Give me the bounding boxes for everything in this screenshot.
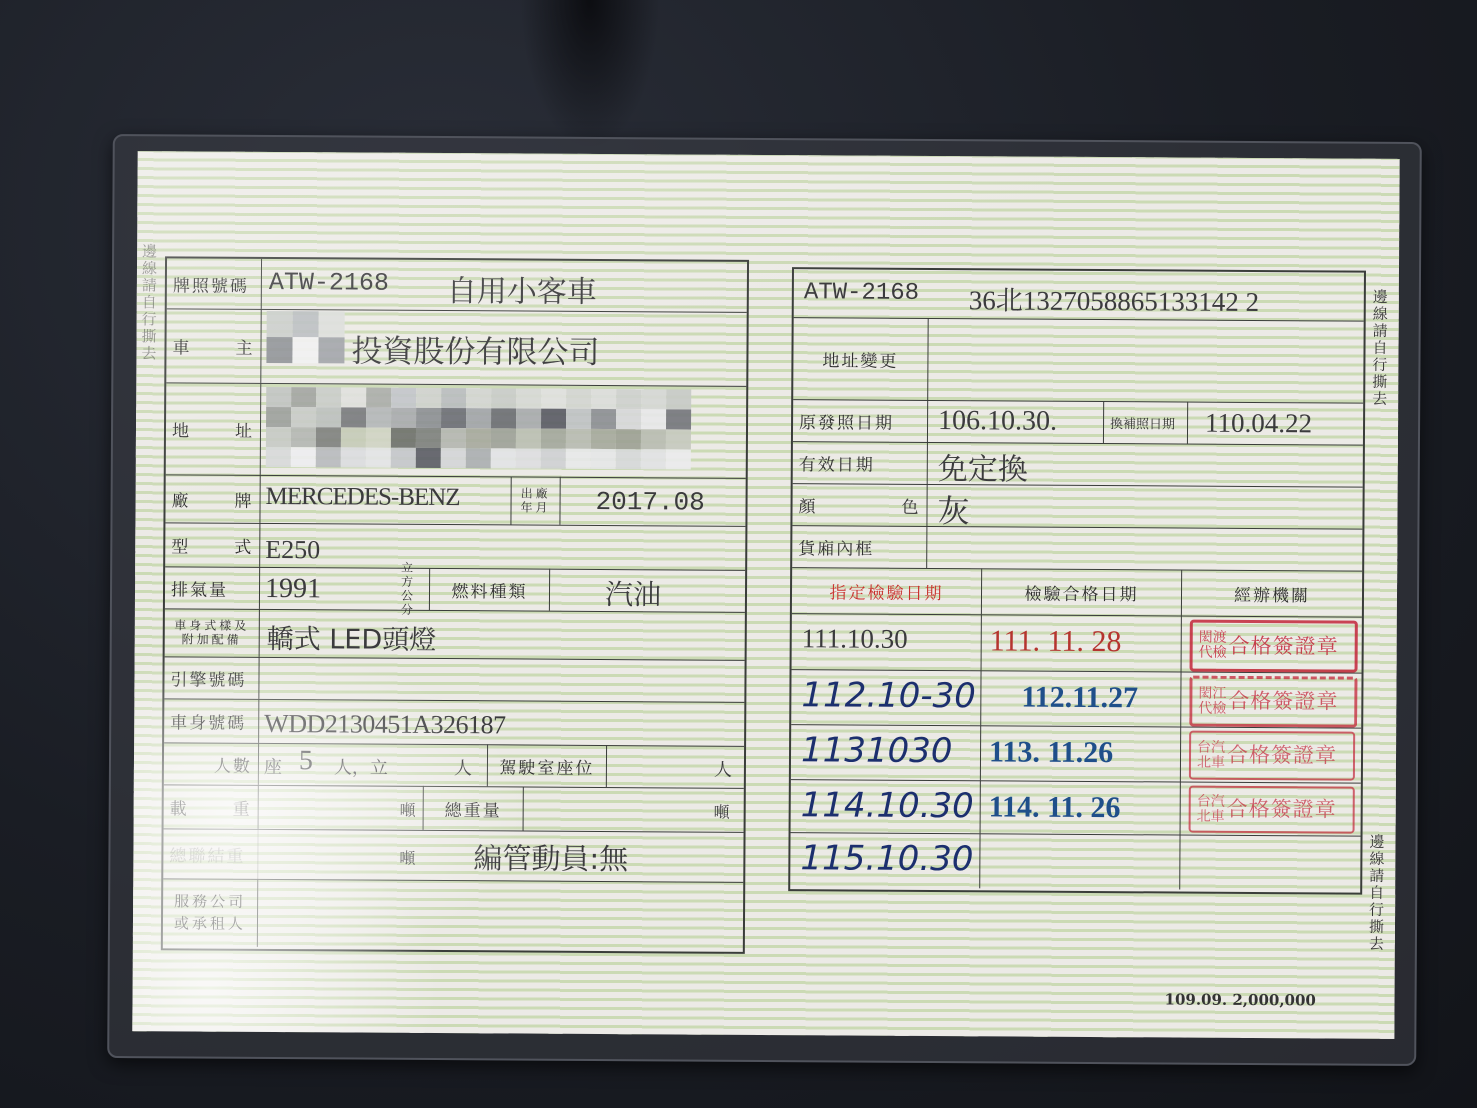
inspection-agency-stamp: 閎渡代檢合格簽證章 — [1190, 620, 1358, 673]
registration-card: 邊線請自行撕去 牌照號碼 ATW-2168 自用小客車 車 主 投資股份有限公司… — [132, 151, 1399, 1039]
row-address: 地 址 — [166, 382, 747, 479]
fuel-label: 燃料種類 — [430, 568, 550, 611]
tow-label: 總聯結重 — [163, 828, 258, 879]
body-style-value: 轎式 LED頭燈 — [267, 617, 437, 657]
reissue-date-label: 換補照日期 — [1103, 401, 1188, 444]
seats-label: 人數 — [164, 742, 259, 785]
seat-seam — [520, 0, 660, 150]
row-cargo: 貨廂內框 — [792, 525, 1362, 571]
row-lessee: 服務公司 或承租人 — [163, 878, 743, 950]
passed-inspection-date: 112.11.27 — [1021, 681, 1138, 716]
registration-serial: 36北1327058865133142 2 — [969, 278, 1259, 319]
scheduled-inspection-date: 1131030 — [801, 730, 953, 771]
tow-unit: 噸 — [399, 846, 415, 869]
owner-redaction — [266, 311, 344, 363]
lessee-label: 服務公司 或承租人 — [163, 878, 258, 947]
passed-inspection-header: 檢驗合格日期 — [982, 568, 1182, 615]
scheduled-inspection-date: 114.10.30 — [801, 785, 974, 826]
seat-unit: 人，立 — [334, 753, 388, 779]
body-style-label: 車身式樣及 附加配備 — [165, 608, 260, 657]
owner-name: 投資股份有限公司 — [351, 325, 599, 372]
vehicle-category: 自用小客車 — [447, 266, 597, 311]
validity-label: 有效日期 — [793, 441, 928, 484]
plate-label: 牌照號碼 — [167, 258, 262, 309]
load-unit: 噸 — [400, 798, 416, 821]
displacement-value: 1991 — [265, 573, 321, 605]
validity-value: 免定換 — [938, 444, 1028, 489]
gross-weight-label: 總重量 — [424, 786, 524, 831]
standing-unit: 人 — [454, 754, 472, 780]
seat-count: 5 — [299, 745, 313, 777]
row-engine: 引擎號碼 — [164, 656, 744, 703]
row-vin: 車身號碼 WDD2130451A326187 — [164, 698, 744, 747]
row-plate-serial: ATW-2168 36北1327058865133142 2 — [794, 269, 1364, 321]
issue-date-value: 106.10.30. — [938, 405, 1057, 438]
brand-label-a: 廠 — [172, 486, 191, 511]
right-edge-note-bottom: 邊線請自行撕去 — [1366, 834, 1388, 953]
cab-seats-unit: 人 — [714, 756, 732, 782]
right-grid: ATW-2168 36北1327058865133142 2 地址變更 原發照日… — [788, 267, 1366, 894]
model-value: E250 — [265, 535, 320, 565]
cab-seats-label: 駕駛室座位 — [487, 744, 607, 787]
mfg-date-value: 2017.08 — [595, 487, 704, 518]
right-edge-note-top: 邊線請自行撕去 — [1369, 289, 1391, 408]
model-label-b: 式 — [234, 532, 253, 557]
left-edge-note: 邊線請自行撕去 — [138, 243, 160, 362]
load-label-b: 重 — [233, 794, 252, 819]
row-load: 載 重 噸 總重量 噸 — [164, 784, 744, 833]
row-body-style: 車身式樣及 附加配備 轎式 LED頭燈 — [165, 608, 745, 661]
inspection-row: 114.10.30114. 11. 26台汽北車合格簽證章 — [791, 779, 1361, 836]
cargo-label: 貨廂內框 — [792, 525, 927, 568]
engine-label: 引擎號碼 — [164, 656, 259, 699]
vin-label: 車身號碼 — [164, 698, 259, 743]
mfg-date-label: 出廠 年月 — [510, 476, 560, 524]
seat-prefix: 座 — [264, 753, 282, 779]
model-label-a: 型 — [171, 532, 190, 557]
row-model: 型 式 E250 — [165, 522, 745, 571]
passed-inspection-date: 114. 11. 26 — [989, 790, 1121, 825]
inspection-row: 112.10-30112.11.27閎江代檢合格簽證章 — [791, 669, 1361, 728]
row-displacement: 排氣量 1991 立方 公分 燃料種類 汽油 — [165, 566, 745, 613]
left-grid: 牌照號碼 ATW-2168 自用小客車 車 主 投資股份有限公司 地 址 — [161, 256, 749, 954]
scheduled-inspection-header: 指定檢驗日期 — [792, 567, 982, 614]
fuel-value: 汽油 — [605, 573, 661, 613]
inspection-agency-stamp: 閎江代檢合格簽證章 — [1189, 676, 1357, 728]
row-tow: 總聯結重 噸 編管動員:無 — [163, 828, 743, 883]
brand-value: MERCEDES-BENZ — [266, 483, 460, 512]
scheduled-inspection-date: 115.10.30 — [800, 838, 973, 879]
passed-inspection-date: 111. 11. 28 — [990, 624, 1122, 659]
row-issue-date: 原發照日期 106.10.30. 換補照日期 110.04.22 — [793, 399, 1363, 445]
inspection-row: 115.10.30 — [790, 832, 1360, 890]
row-validity: 有效日期 免定換 — [793, 441, 1363, 487]
inspection-agency-stamp: 台汽北車合格簽證章 — [1189, 786, 1355, 834]
owner-label-b: 主 — [235, 333, 254, 358]
scheduled-inspection-date: 112.10-30 — [801, 675, 976, 716]
load-label-a: 載 — [170, 794, 189, 819]
inspection-row: 1131030113. 11.26台汽北車合格簽證章 — [791, 724, 1361, 783]
right-plate-number: ATW-2168 — [804, 279, 919, 307]
scheduled-inspection-date: 111.10.30 — [802, 623, 908, 655]
row-seats: 人數 座 5 人，立 人 駕駛室座位 人 — [164, 742, 744, 789]
address-redaction — [266, 387, 691, 470]
issue-date-label: 原發照日期 — [793, 399, 928, 442]
row-color: 顏 色 灰 — [792, 483, 1362, 529]
address-label-b: 址 — [235, 416, 254, 441]
row-owner: 車 主 投資股份有限公司 — [166, 308, 746, 387]
row-address-change: 地址變更 — [793, 317, 1363, 403]
plate-number: ATW-2168 — [269, 268, 389, 298]
row-plate: 牌照號碼 ATW-2168 自用小客車 — [167, 258, 747, 313]
row-brand: 廠 牌 MERCEDES-BENZ 出廠 年月 2017.08 — [165, 474, 745, 527]
gross-weight-unit: 噸 — [714, 800, 730, 823]
vin-value: WDD2130451A326187 — [264, 709, 506, 740]
row-inspection-header: 指定檢驗日期 檢驗合格日期 經辦機關 — [792, 567, 1362, 617]
mobilization-status: 編管動員:無 — [473, 836, 628, 878]
displacement-unit: 立方 公分 — [395, 568, 430, 610]
agency-header: 經辦機關 — [1182, 570, 1362, 617]
inspection-row: 111.10.30111. 11. 28閎渡代檢合格簽證章 — [792, 613, 1362, 673]
brand-label-b: 牌 — [235, 486, 254, 511]
reissue-date-value: 110.04.22 — [1205, 408, 1312, 440]
address-label-a: 地 — [172, 416, 191, 441]
inspection-agency-stamp: 台汽北車合格簽證章 — [1189, 731, 1355, 781]
displacement-label: 排氣量 — [165, 566, 260, 609]
passed-inspection-date: 113. 11.26 — [989, 735, 1113, 770]
owner-label-a: 車 — [172, 333, 191, 358]
color-label-a: 顏 — [798, 492, 817, 517]
color-label-b: 色 — [901, 492, 920, 517]
address-change-label: 地址變更 — [793, 317, 928, 400]
print-code: 109.09. 2,000,000 — [1164, 990, 1315, 1009]
